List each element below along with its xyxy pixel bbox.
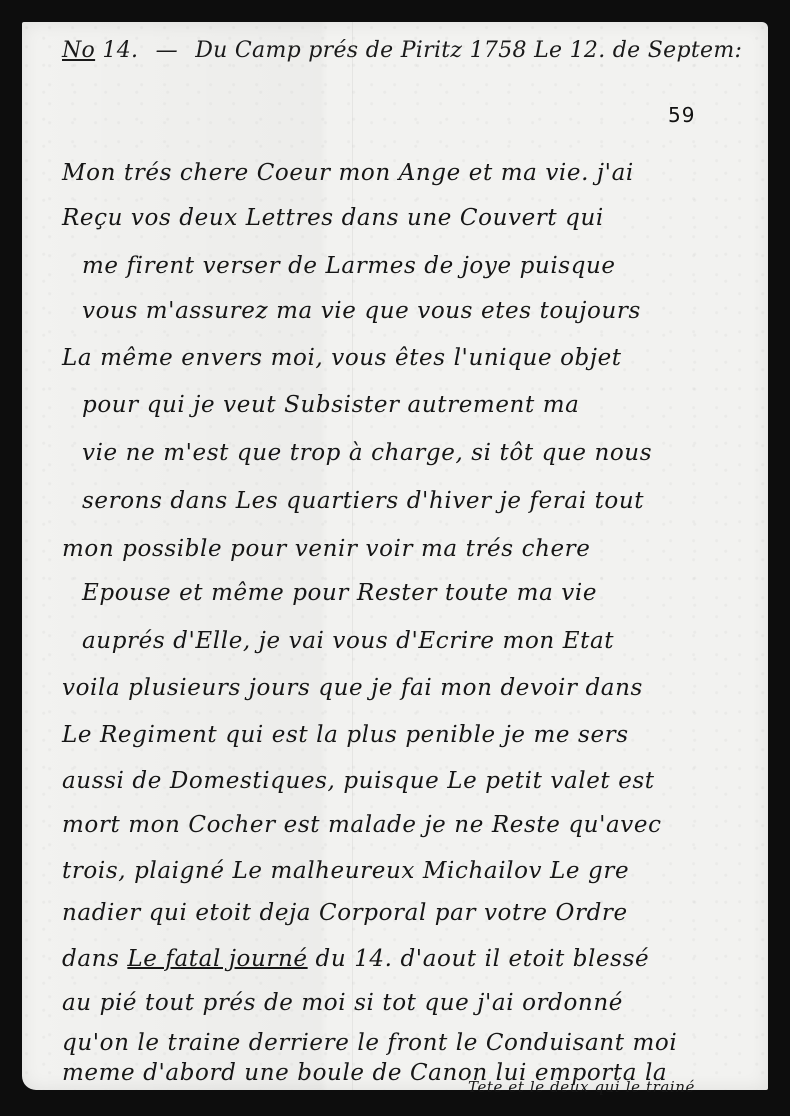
letter-line: vie ne m'est que trop à charge, si tôt q… (82, 440, 652, 466)
letter-line: mort mon Cocher est malade je ne Reste q… (62, 812, 662, 838)
letter-line: mon possible pour venir voir ma trés che… (62, 536, 591, 562)
underlined-phrase: Le fatal journé (127, 946, 307, 972)
letter-line: Le Regiment qui est la plus penible je m… (62, 722, 629, 748)
letter-line: nadier qui etoit deja Corporal par votre… (62, 900, 628, 926)
letter-line: trois, plaigné Le malheureux Michailov L… (62, 858, 629, 884)
letter-line: dans Le fatal journé du 14. d'aout il et… (62, 946, 649, 972)
scan-frame: No 14. — Du Camp prés de Piritz 1758 Le … (0, 0, 790, 1116)
letter-line: Epouse et même pour Rester toute ma vie (82, 580, 597, 606)
letter-line: auprés d'Elle, je vai vous d'Ecrire mon … (82, 628, 614, 654)
letter-line: Reçu vos deux Lettres dans une Couvert q… (62, 205, 604, 231)
letter-line: au pié tout prés de moi si tot que j'ai … (62, 990, 623, 1016)
letter-line: me firent verser de Larmes de joye puisq… (82, 253, 616, 279)
letter-line: voila plusieurs jours que je fai mon dev… (62, 675, 643, 701)
letter-line: La même envers moi, vous êtes l'unique o… (62, 345, 622, 371)
letter-line: qu'on le traine derriere le front le Con… (62, 1030, 677, 1056)
letter-line: Mon trés chere Coeur mon Ange et ma vie.… (62, 160, 634, 186)
letter-line: Tete et le deux qui le trainé (468, 1078, 695, 1096)
letter-line: aussi de Domestiques, puisque Le petit v… (62, 768, 655, 794)
letter-line: pour qui je veut Subsister autrement ma (82, 392, 579, 418)
letter-body: Mon trés chere Coeur mon Ange et ma vie.… (0, 0, 790, 1116)
letter-line: vous m'assurez ma vie que vous etes touj… (82, 298, 641, 324)
letter-line: serons dans Les quartiers d'hiver je fer… (82, 488, 644, 514)
